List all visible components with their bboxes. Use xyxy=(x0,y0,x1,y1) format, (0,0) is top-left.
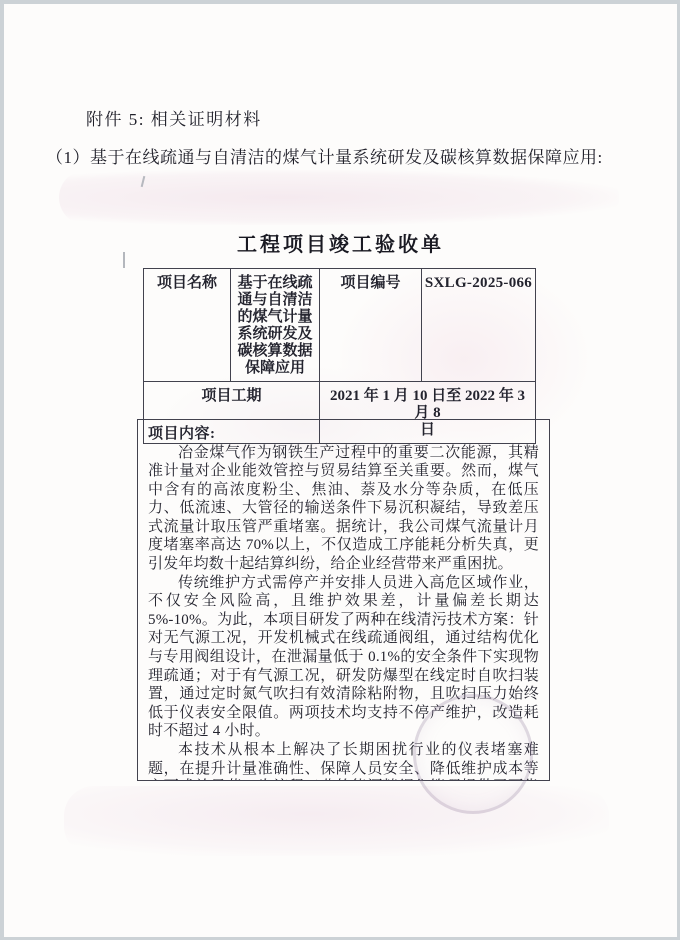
project-content-label: 项目内容: xyxy=(148,425,539,444)
project-code-label-cell: 项目编号 xyxy=(320,269,422,382)
acceptance-form-table: 项目名称 基于在线疏通与自清洁的煤气计量系统研发及碳核算数据保障应用 项目编号 … xyxy=(143,268,536,444)
project-content-box: 项目内容: 冶金煤气作为钢铁生产过程中的重要二次能源，其精准计量对企业能效管控与… xyxy=(137,419,550,781)
content-paragraph-2: 传统维护方式需停产并安排人员进入高危区域作业，不仅安全风险高，且维护效果差，计量… xyxy=(148,574,539,741)
content-paragraph-3: 本技术从根本上解决了长期困扰行业的仪表堵塞难题，在提升计量准确性、保障人员安全、… xyxy=(148,741,539,781)
project-code-value-cell: SXLG-2025-066 xyxy=(422,269,536,382)
scan-smudge-bottom xyxy=(64,786,609,856)
project-period-line1: 2021 年 1 月 10 日至 2022 年 3 月 8 xyxy=(322,388,533,422)
attachment-note: 附件 5: 相关证明材料 xyxy=(86,105,262,130)
scanned-document-page: 附件 5: 相关证明材料 （1）基于在线疏通与自清洁的煤气计量系统研发及碳核算数… xyxy=(0,0,680,940)
content-paragraph-1: 冶金煤气作为钢铁生产过程中的重要二次能源，其精准计量对企业能效管控与贸易结算至关… xyxy=(148,444,539,574)
project-name-label-cell: 项目名称 xyxy=(144,269,231,382)
paper-sheet: 附件 5: 相关证明材料 （1）基于在线疏通与自清洁的煤气计量系统研发及碳核算数… xyxy=(4,4,677,937)
project-subtitle: （1）基于在线疏通与自清洁的煤气计量系统研发及碳核算数据保障应用: xyxy=(46,143,603,168)
pencil-mark-artifact xyxy=(141,176,146,187)
form-title: 工程项目竣工验收单 xyxy=(4,228,677,257)
table-row-project-name: 项目名称 基于在线疏通与自清洁的煤气计量系统研发及碳核算数据保障应用 项目编号 … xyxy=(144,269,536,382)
project-name-value-cell: 基于在线疏通与自清洁的煤气计量系统研发及碳核算数据保障应用 xyxy=(231,269,320,382)
